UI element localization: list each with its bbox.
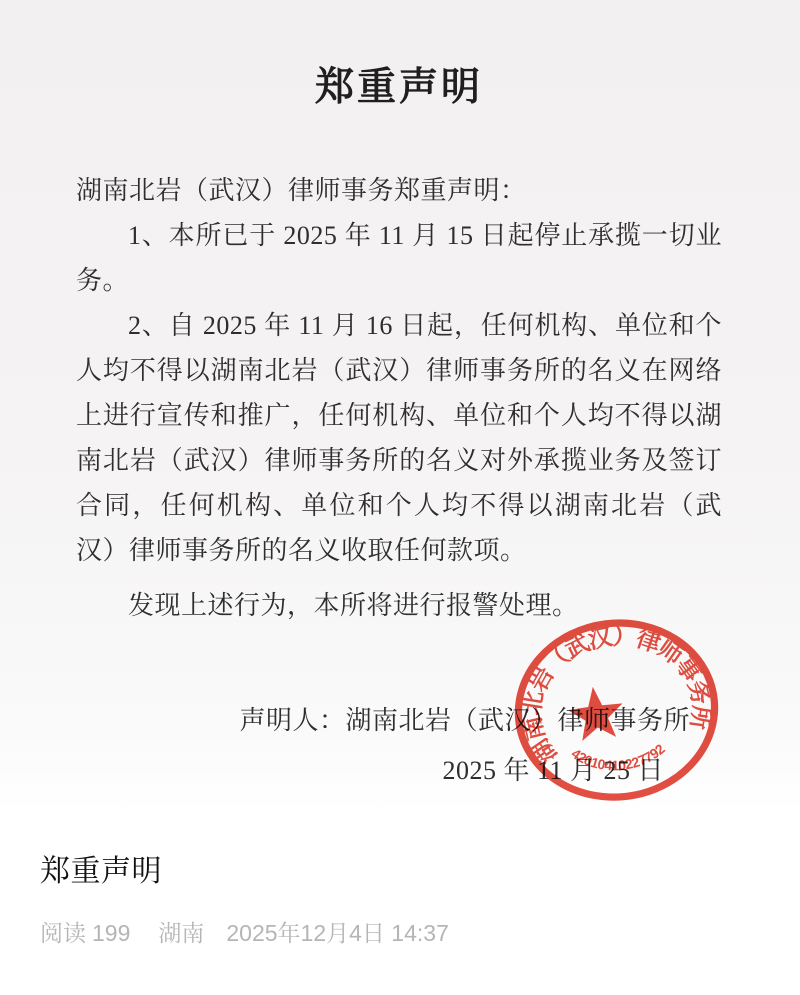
declarant-line: 声明人：湖南北岩（武汉）律师事务所: [76, 696, 690, 746]
location-label: 湖南: [158, 915, 204, 948]
article-meta: 阅读199 湖南 2025年12月4日 14:37: [40, 915, 760, 948]
statement-body: 湖南北岩（武汉）律师事务郑重声明： 1、本所已于 2025 年 11 月 15 …: [76, 168, 722, 628]
statement-signature: 声明人：湖南北岩（武汉）律师事务所 2025 年 11 月 25 日: [76, 696, 722, 796]
statement-item-2: 2、自 2025 年 11 月 16 日起，任何机构、单位和个人均不得以湖南北岩…: [76, 303, 722, 573]
read-count: 阅读199: [40, 915, 136, 948]
statement-item-1: 1、本所已于 2025 年 11 月 15 日起停止承揽一切业务。: [76, 213, 722, 303]
statement-title: 郑重声明: [76, 56, 722, 112]
read-label: 阅读: [40, 920, 86, 946]
statement-closing: 发现上述行为，本所将进行报警处理。: [76, 583, 722, 628]
read-count-value: 199: [92, 920, 130, 946]
article-title: 郑重声明: [40, 846, 760, 890]
statement-intro: 湖南北岩（武汉）律师事务郑重声明：: [76, 168, 722, 213]
article-footer: 郑重声明 阅读199 湖南 2025年12月4日 14:37: [0, 812, 800, 995]
statement-image[interactable]: 郑重声明 湖南北岩（武汉）律师事务郑重声明： 1、本所已于 2025 年 11 …: [0, 0, 800, 812]
statement-date: 2025 年 11 月 25 日: [76, 746, 690, 796]
publish-time: 2025年12月4日 14:37: [226, 915, 449, 948]
